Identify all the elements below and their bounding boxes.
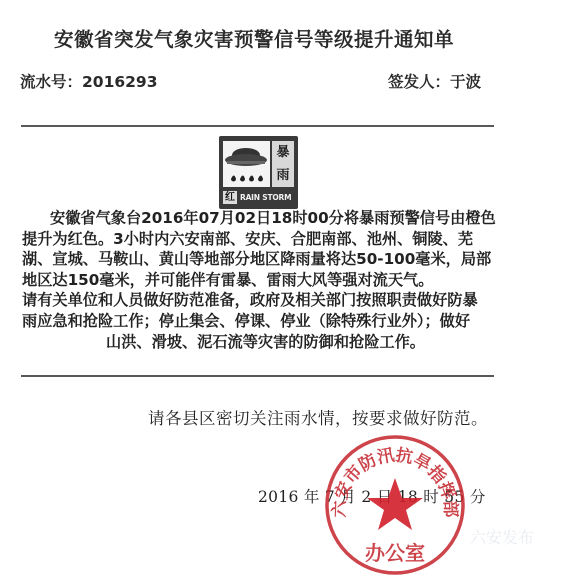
- svg-text:办公室: 办公室: [365, 541, 425, 565]
- top-divider: [21, 125, 494, 127]
- warning-level-label: 红: [223, 191, 237, 204]
- official-stamp: 六安市防汛抗旱指挥部 办公室: [320, 432, 470, 577]
- page-title: 安徽省突发气象灾害预警信号等级提升通知单: [54, 24, 454, 52]
- rainstorm-warning-icon: 暴 雨 红 RAIN STORM: [219, 136, 298, 209]
- body-line: 安徽省气象台2016年07月02日18时00分将暴雨预警信号由橙色: [22, 208, 494, 229]
- body-text: 安徽省气象台2016年07月02日18时00分将暴雨预警信号由橙色 提升为红色。…: [22, 208, 494, 352]
- cloud-rain-icon: [223, 141, 270, 187]
- watermark: 六安发布: [470, 525, 534, 548]
- body-line: 湖、宣城、马鞍山、黄山等地部分地区降雨量将达50-100毫米，局部: [22, 249, 494, 270]
- signer: 签发人：于波: [388, 70, 481, 92]
- warning-type-label: 暴 雨: [272, 141, 294, 187]
- body-line: 地区达150毫米，并可能伴有雷暴、雷雨大风等强对流天气。: [22, 270, 494, 291]
- warning-name-label: RAIN STORM: [240, 193, 291, 202]
- bottom-divider: [21, 375, 494, 377]
- notice-text: 请各县区密切关注雨水情，按要求做好防范。: [148, 405, 488, 429]
- serial-number: 流水号：2016293: [20, 70, 158, 92]
- body-line: 山洪、滑坡、泥石流等灾害的防御和抢险工作。: [22, 332, 494, 353]
- body-line: 请有关单位和人员做好防范准备，政府及相关部门按照职责做好防暴: [22, 290, 494, 311]
- body-line: 雨应急和抢险工作；停止集会、停课、停业（除特殊行业外）；做好: [22, 311, 494, 332]
- body-line: 提升为红色。3小时内六安南部、安庆、合肥南部、池州、铜陵、芜: [22, 229, 494, 250]
